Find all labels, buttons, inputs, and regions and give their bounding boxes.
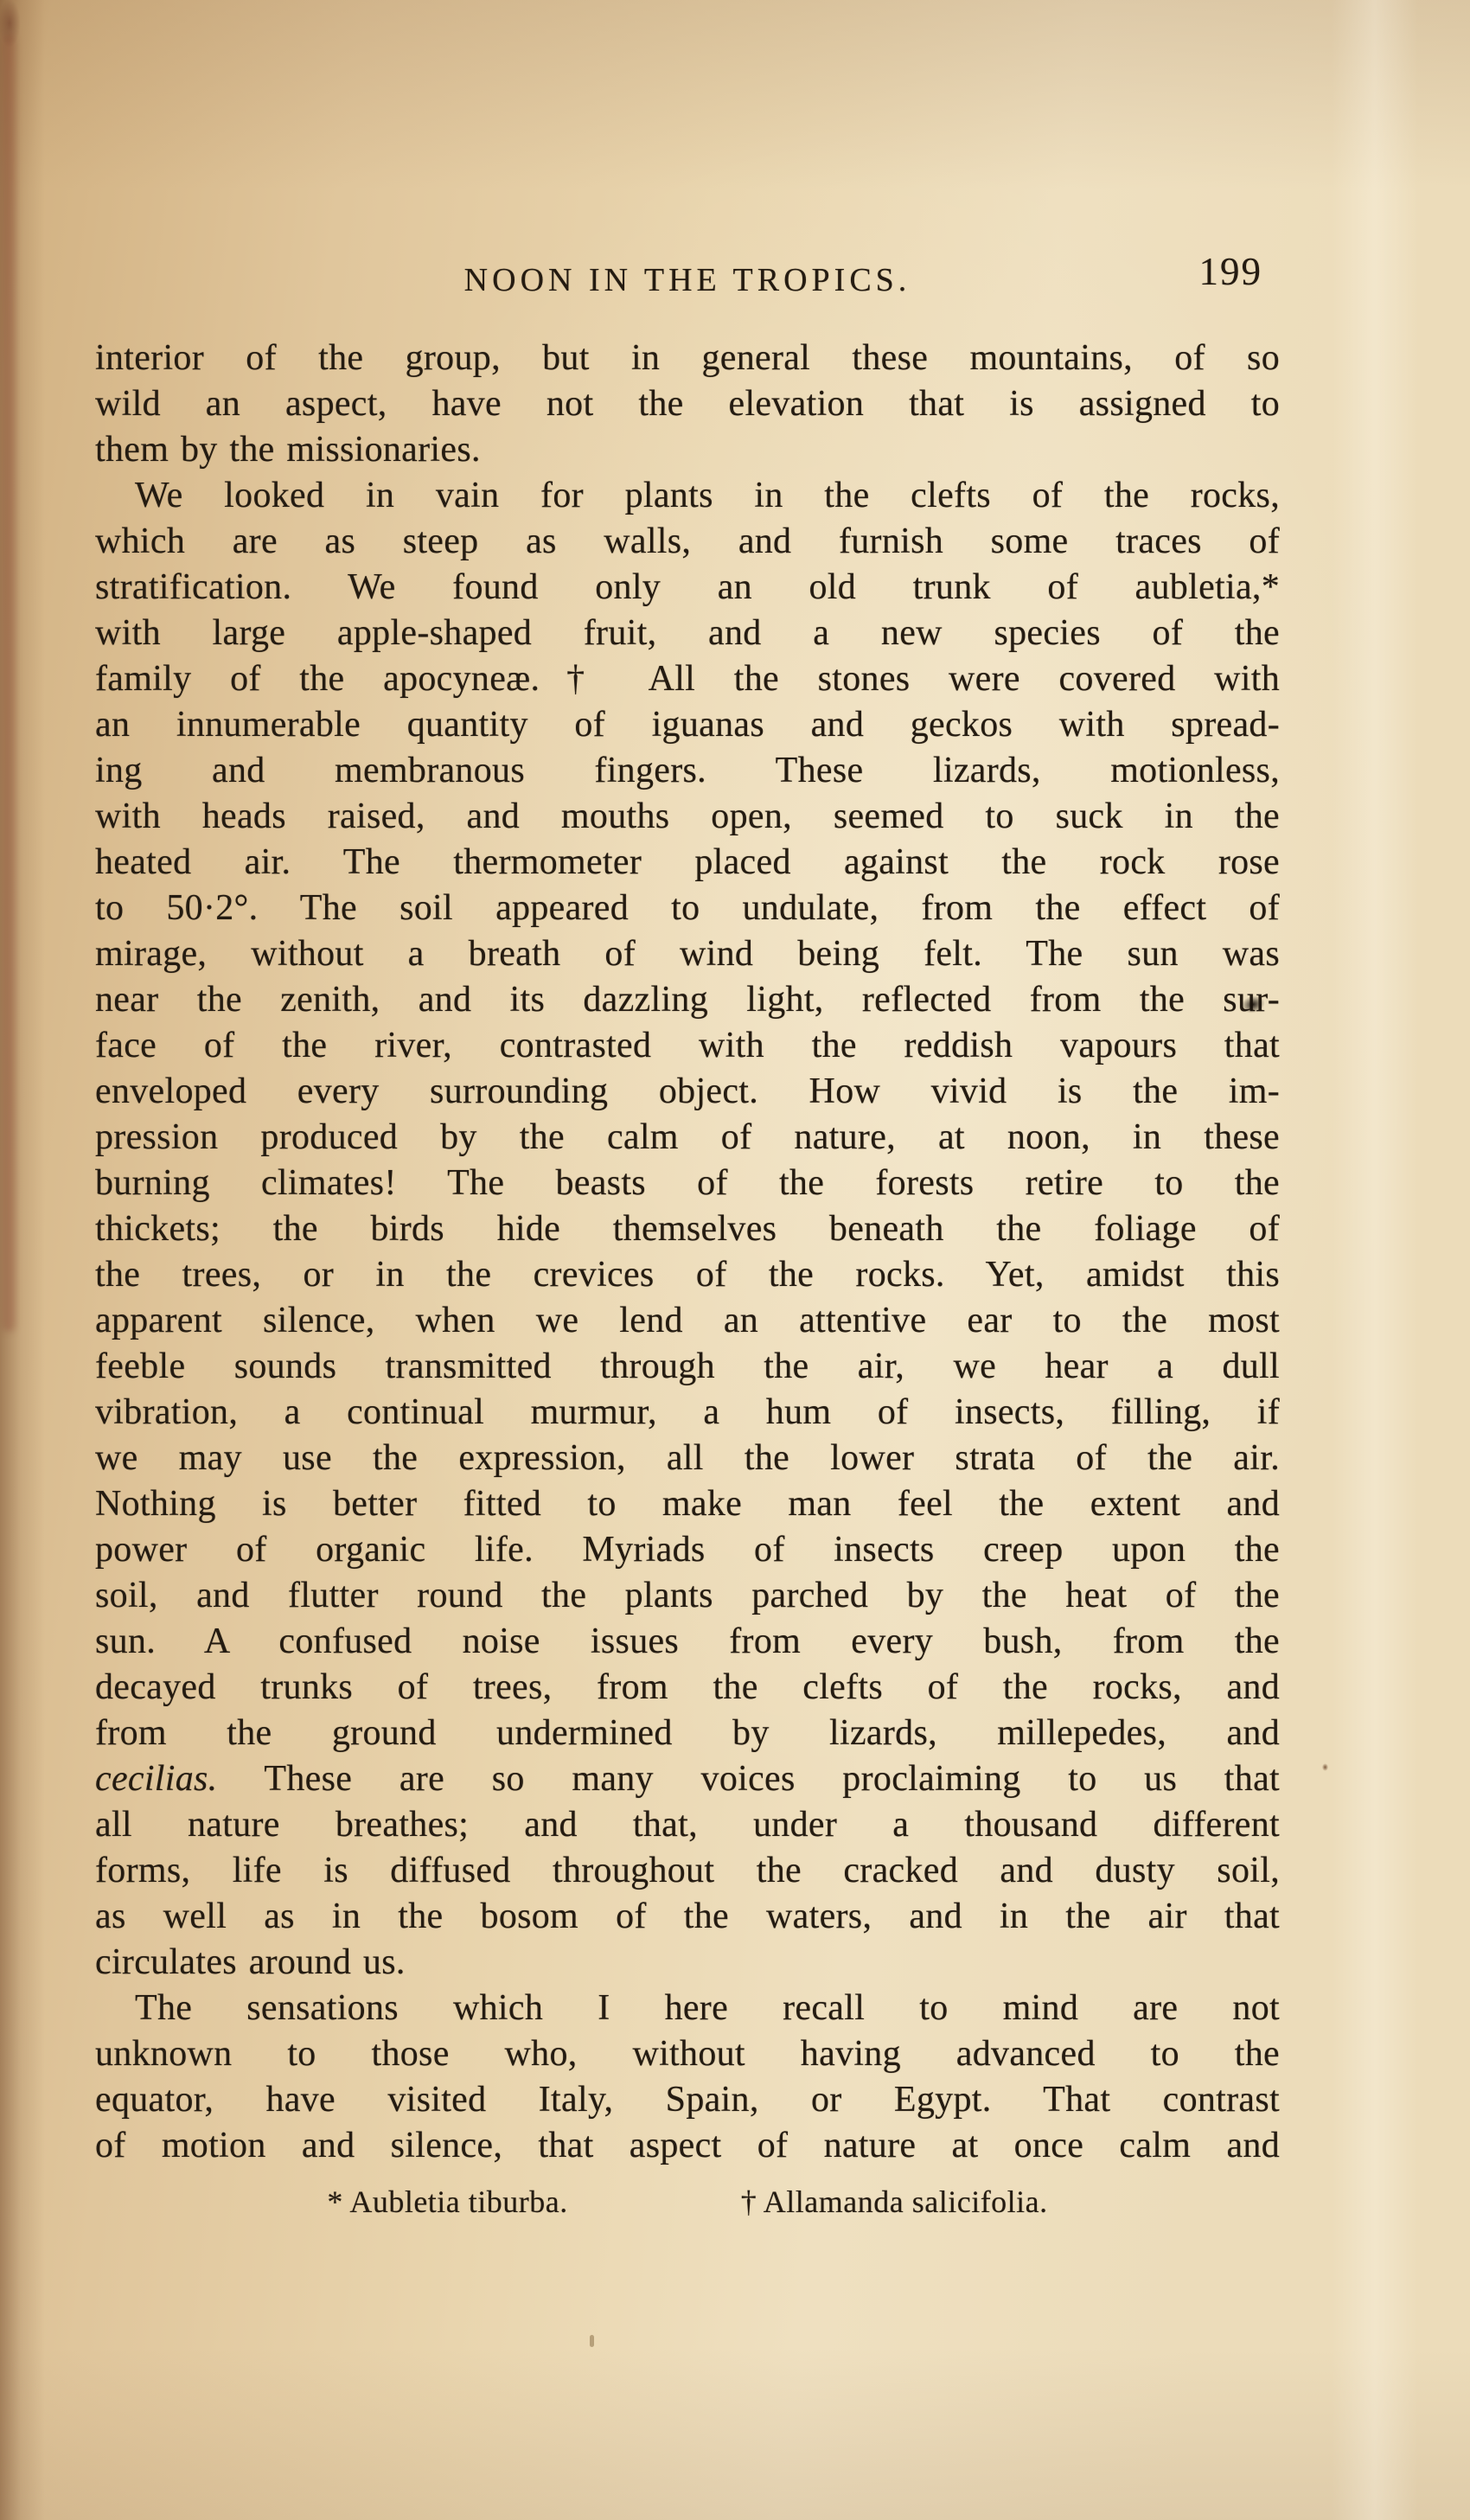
- line-text: decayed trunks of trees, from the clefts…: [95, 1667, 1280, 1707]
- body-line: cecilias. These are so many voices procl…: [95, 1756, 1280, 1802]
- line-text: face of the river, contrasted with the r…: [95, 1026, 1280, 1065]
- body-line: thickets; the birds hide themselves bene…: [95, 1206, 1280, 1252]
- line-text: circulates around us.: [95, 1942, 406, 1982]
- line-text: with large apple-shaped fruit, and a new…: [95, 613, 1280, 653]
- body-line: stratification. We found only an old tru…: [95, 565, 1280, 611]
- body-line: pression produced by the calm of nature,…: [95, 1115, 1280, 1161]
- line-text: feeble sounds transmitted through the ai…: [95, 1346, 1280, 1386]
- line-text: power of organic life. Myriads of insect…: [95, 1530, 1280, 1570]
- line-text: an innumerable quantity of iguanas and g…: [95, 705, 1280, 745]
- body-line: The sensations which I here recall to mi…: [95, 1986, 1280, 2031]
- body-line: equator, have visited Italy, Spain, or E…: [95, 2077, 1280, 2123]
- footnote-allamanda: † Allamanda salicifolia.: [741, 2184, 1048, 2219]
- body-line: of motion and silence, that aspect of na…: [95, 2123, 1280, 2169]
- body-line: ing and membranous fingers. These lizard…: [95, 748, 1280, 794]
- body-line: power of organic life. Myriads of insect…: [95, 1527, 1280, 1573]
- body-line: unknown to those who, without having adv…: [95, 2031, 1280, 2077]
- line-text: from the ground undermined by lizards, m…: [95, 1713, 1280, 1753]
- body-line: soil, and flutter round the plants parch…: [95, 1573, 1280, 1619]
- line-text: to 50·2°. The soil appeared to undulate,…: [95, 888, 1280, 928]
- body-line: vibration, a continual murmur, a hum of …: [95, 1390, 1280, 1436]
- body-line: forms, life is diffused throughout the c…: [95, 1848, 1280, 1894]
- body-line: family of the apocyneæ.† All the stones …: [95, 656, 1280, 702]
- body-line: mirage, without a breath of wind being f…: [95, 931, 1280, 977]
- line-text: apparent silence, when we lend an attent…: [95, 1301, 1280, 1340]
- line-text: vibration, a continual murmur, a hum of …: [95, 1392, 1280, 1432]
- body-line: all nature breathes; and that, under a t…: [95, 1802, 1280, 1848]
- corner-stain: [0, 0, 24, 55]
- body-line: enveloped every surrounding object. How …: [95, 1069, 1280, 1115]
- line-text: interior of the group, but in general th…: [95, 338, 1280, 378]
- body-line: with heads raised, and mouths open, seem…: [95, 794, 1280, 840]
- line-text: wild an aspect, have not the elevation t…: [95, 384, 1280, 424]
- running-header: NOON IN THE TROPICS. 199: [95, 249, 1280, 304]
- body-line: an innumerable quantity of iguanas and g…: [95, 702, 1280, 748]
- body-line: circulates around us.: [95, 1940, 1280, 1986]
- line-text: with heads raised, and mouths open, seem…: [95, 796, 1280, 836]
- line-text: mirage, without a breath of wind being f…: [95, 934, 1280, 974]
- body-line: feeble sounds transmitted through the ai…: [95, 1344, 1280, 1390]
- line-text: ing and membranous fingers. These lizard…: [95, 751, 1280, 790]
- body-line: from the ground undermined by lizards, m…: [95, 1711, 1280, 1756]
- body-line: wild an aspect, have not the elevation t…: [95, 381, 1280, 427]
- line-text: pression produced by the calm of nature,…: [95, 1117, 1280, 1157]
- book-page-scan: NOON IN THE TROPICS. 199 interior of the…: [0, 0, 1470, 2520]
- body-line: interior of the group, but in general th…: [95, 336, 1280, 381]
- body-line: which are as steep as walls, and furnish…: [95, 519, 1280, 565]
- line-text: which are as steep as walls, and furnish…: [95, 521, 1280, 561]
- body-line: Nothing is better fitted to make man fee…: [95, 1481, 1280, 1527]
- page-curve-highlight: [1332, 0, 1418, 2520]
- line-text: all nature breathes; and that, under a t…: [95, 1805, 1280, 1845]
- body-line: apparent silence, when we lend an attent…: [95, 1298, 1280, 1344]
- line-text: heated air. The thermometer placed again…: [95, 842, 1280, 882]
- italic-word: cecilias.: [95, 1759, 217, 1799]
- line-text: we may use the expression, all the lower…: [95, 1438, 1280, 1478]
- line-text: family of the apocyneæ.† All the stones …: [95, 659, 1280, 699]
- footnote-aubletia: * Aubletia tiburba.: [327, 2184, 567, 2219]
- body-line: face of the river, contrasted with the r…: [95, 1023, 1280, 1069]
- line-text: We looked in vain for plants in the clef…: [135, 476, 1280, 515]
- body-text: interior of the group, but in general th…: [95, 336, 1280, 2169]
- body-line: heated air. The thermometer placed again…: [95, 840, 1280, 886]
- body-line: burning climates! The beasts of the fore…: [95, 1161, 1280, 1206]
- line-text: The sensations which I here recall to mi…: [135, 1988, 1280, 2028]
- footnotes: * Aubletia tiburba. † Allamanda salicifo…: [95, 2184, 1280, 2219]
- line-text: unknown to those who, without having adv…: [95, 2034, 1280, 2074]
- line-text: thickets; the birds hide themselves bene…: [95, 1209, 1280, 1249]
- body-line: them by the missionaries.: [95, 427, 1280, 473]
- line-text: enveloped every surrounding object. How …: [95, 1071, 1280, 1111]
- body-line: we may use the expression, all the lower…: [95, 1436, 1280, 1481]
- line-text: burning climates! The beasts of the fore…: [95, 1163, 1280, 1203]
- line-text: sun. A confused noise issues from every …: [95, 1621, 1280, 1661]
- body-line: We looked in vain for plants in the clef…: [95, 473, 1280, 519]
- body-line: the trees, or in the crevices of the roc…: [95, 1252, 1280, 1298]
- line-text: equator, have visited Italy, Spain, or E…: [95, 2080, 1280, 2120]
- body-line: decayed trunks of trees, from the clefts…: [95, 1665, 1280, 1711]
- body-line: sun. A confused noise issues from every …: [95, 1619, 1280, 1665]
- body-line: near the zenith, and its dazzling light,…: [95, 977, 1280, 1023]
- body-line: as well as in the bosom of the waters, a…: [95, 1894, 1280, 1940]
- page-number: 199: [1199, 249, 1263, 294]
- body-line: to 50·2°. The soil appeared to undulate,…: [95, 886, 1280, 931]
- line-text: forms, life is diffused throughout the c…: [95, 1851, 1280, 1890]
- line-text: These are so many voices proclaiming to …: [217, 1759, 1280, 1799]
- binding-edge-tint: [3, 35, 16, 1332]
- page-title: NOON IN THE TROPICS.: [464, 261, 911, 299]
- line-text: soil, and flutter round the plants parch…: [95, 1576, 1280, 1615]
- line-text: them by the missionaries.: [95, 430, 481, 470]
- line-text: stratification. We found only an old tru…: [95, 567, 1280, 607]
- line-text: near the zenith, and its dazzling light,…: [95, 980, 1280, 1020]
- body-line: with large apple-shaped fruit, and a new…: [95, 611, 1280, 656]
- paper-speck: [590, 2335, 594, 2347]
- paper-speck: [1321, 1762, 1329, 1772]
- line-text: of motion and silence, that aspect of na…: [95, 2126, 1280, 2165]
- line-text: as well as in the bosom of the waters, a…: [95, 1896, 1280, 1936]
- line-text: Nothing is better fitted to make man fee…: [95, 1484, 1280, 1524]
- line-text: the trees, or in the crevices of the roc…: [95, 1255, 1280, 1295]
